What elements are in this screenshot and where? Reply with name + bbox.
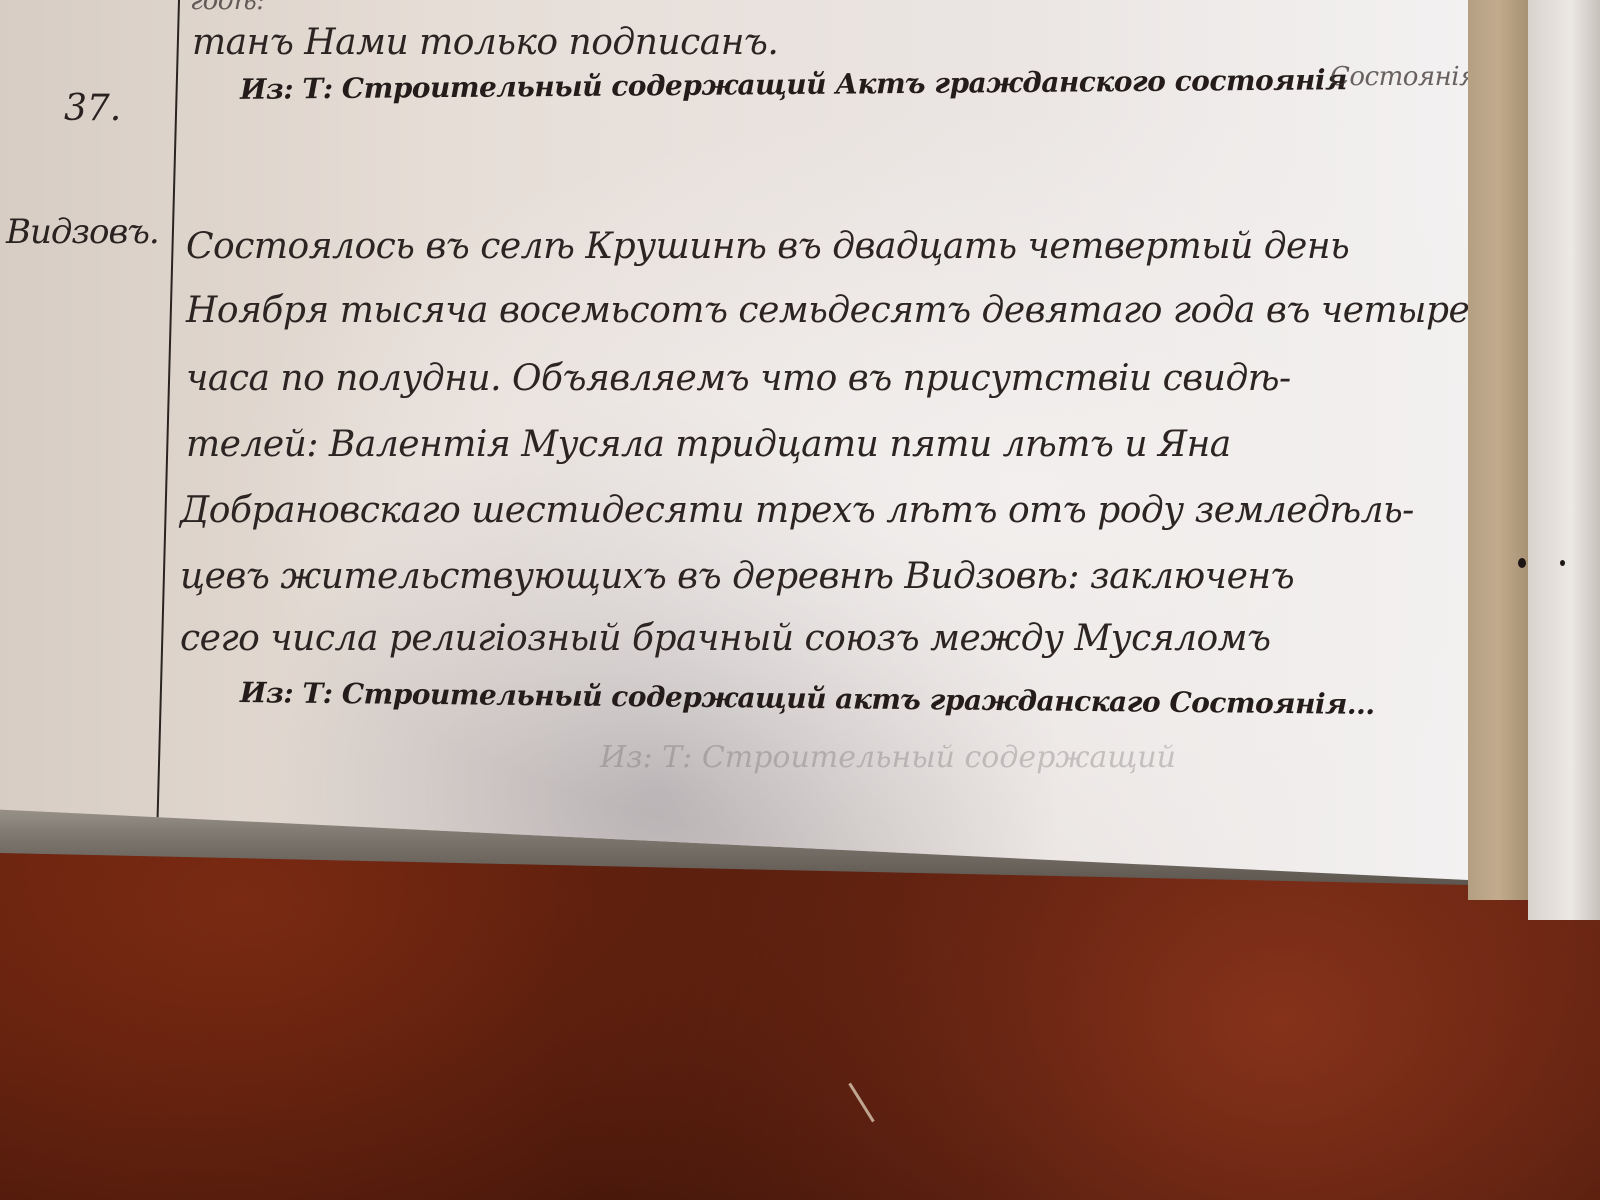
adjacent-page [1528,0,1600,920]
ink-spot [1560,560,1565,566]
register-page: Из: Т: Строительный содержащий годѣ: тан… [0,0,1468,880]
binding-gutter [1468,0,1528,900]
entry-note: Из: Т: Строительный содержащий актъ граж… [240,676,1375,721]
entry-line-6: цевъ жительствующихъ въ деревнѣ Видзовѣ:… [180,556,1294,597]
entry-number: 37. [64,88,121,129]
margin-rule [157,0,180,820]
entry-margin-place: Видзовъ. [6,212,159,252]
previous-entry-line: танъ Нами только подписанъ. [192,22,778,63]
entry-line-1: Состоялось въ селѣ Крушинѣ въ двадцать ч… [186,226,1349,267]
previous-entry-fragment: годѣ: [190,0,264,16]
entry-line-2: Ноября тысяча восемьсотъ семьдесятъ девя… [186,290,1469,331]
previous-entry-note: Из: Т: Строительный содержащий Актъ граж… [240,63,1347,106]
bleed-through-text: Из: Т: Строительный содержащий [600,740,1176,775]
entry-line-7: сего числа религіозный брачный союзъ меж… [180,618,1271,659]
entry-line-3: часа по полудни. Объявляемъ что въ прису… [186,358,1291,399]
entry-line-4: телей: Валентія Мусяла тридцати пяти лѣт… [186,424,1231,465]
previous-entry-note-right: Состоянія [1330,62,1476,92]
ink-spot [1518,558,1526,568]
entry-line-5: Добрановскаго шестидесяти трехъ лѣтъ отъ… [180,490,1414,531]
